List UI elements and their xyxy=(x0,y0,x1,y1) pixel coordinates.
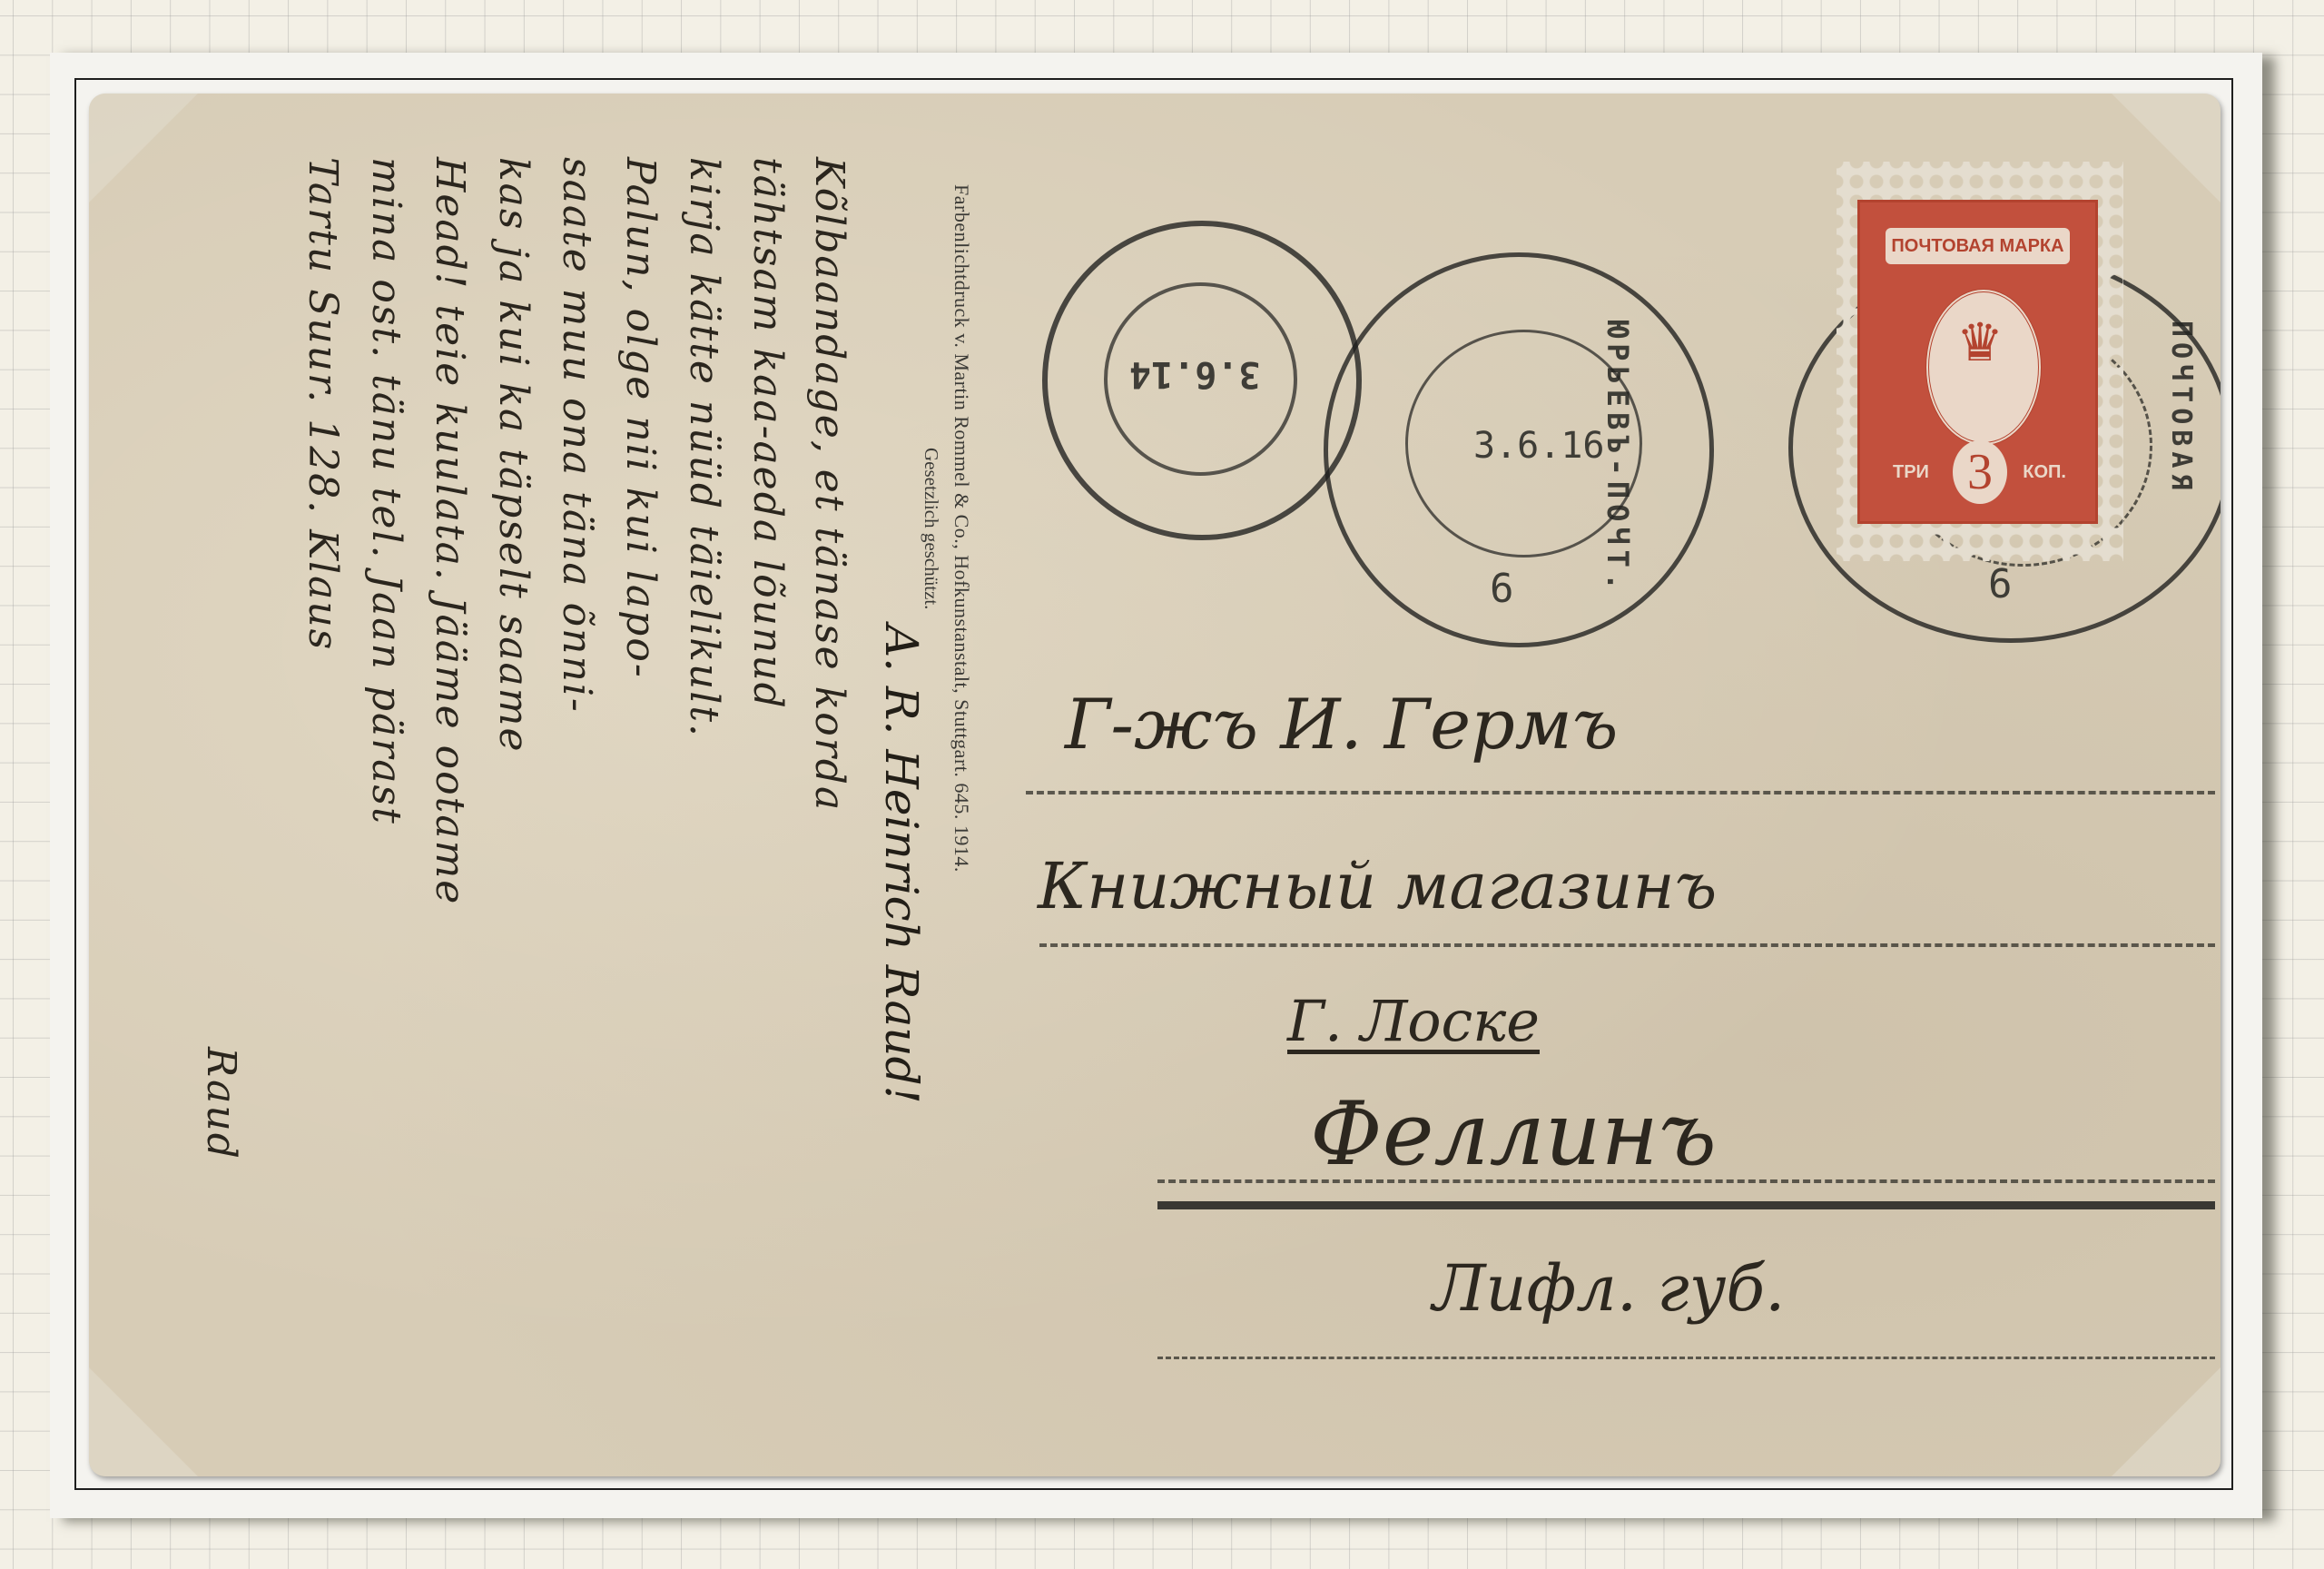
stamp-value-right: КОП. xyxy=(2023,462,2066,483)
address-town: Феллинъ xyxy=(1310,1083,1717,1185)
message-signature: Raud xyxy=(198,1047,244,1160)
postage-stamp: ПОЧТОВАЯ МАРКА ♛ ТРИ КОП. 3 xyxy=(1857,200,2098,524)
address-recipient: Г-жъ И. Гермъ xyxy=(1065,684,1618,765)
message-line: saate muu ona täna õnni- xyxy=(554,157,600,714)
address-business: Книжный магазинъ xyxy=(1038,849,1717,923)
photo-corner-top-left xyxy=(89,94,198,202)
postcard: Farbenlichtdruck v. Martin Rommel & Co.,… xyxy=(89,94,2221,1476)
message-line: Head! teie kuulata. Jääme ootame xyxy=(427,157,473,905)
address-rule xyxy=(1039,943,2215,947)
photo-corner-bottom-left xyxy=(89,1367,198,1476)
message-line: Kõlbaandage, et tänase korda xyxy=(806,157,852,812)
address-rule xyxy=(1157,1357,2215,1359)
printer-imprint: Farbenlichtdruck v. Martin Rommel & Co.,… xyxy=(950,184,973,873)
message-line: kas ja kui ka täpselt saame xyxy=(490,157,537,754)
message-line: Tartu Suur. 128. Klaus xyxy=(300,157,346,651)
address-province: Лифл. губ. xyxy=(1433,1251,1785,1326)
double-headed-eagle-icon: ♛ xyxy=(1951,316,2009,369)
stamp-value-number: 3 xyxy=(1953,440,2007,504)
stamp-value-left: ТРИ xyxy=(1893,462,1929,483)
address-rule xyxy=(1026,791,2215,794)
photo-corner-bottom-right xyxy=(2112,1367,2221,1476)
address-street: Г. Лоске xyxy=(1287,988,1540,1054)
photo-corner-top-right xyxy=(2112,94,2221,202)
postmark-oval: 3.6.16 6 ЮРЬЕВЪ-ПОЧТ. xyxy=(1324,252,1714,647)
printer-notice: Gesetzlich geschützt. xyxy=(920,448,942,609)
message-line: tähtsam kaa-aeda lõunud xyxy=(744,157,791,710)
address-solid-rule xyxy=(1157,1201,2215,1209)
message-line: mina ost. tänu tel. Jaan pärast xyxy=(363,157,409,825)
postmark-circular: 3.6.14 xyxy=(1042,221,1362,540)
message-line: Palun, olge nii kui lapo- xyxy=(617,157,664,679)
message-line: kirja kätte nüüd täielikult. xyxy=(681,157,727,738)
stamp-header: ПОЧТОВАЯ МАРКА xyxy=(1886,228,2070,264)
message-salutation: A. R. Heinrich Raud! xyxy=(875,625,928,1104)
